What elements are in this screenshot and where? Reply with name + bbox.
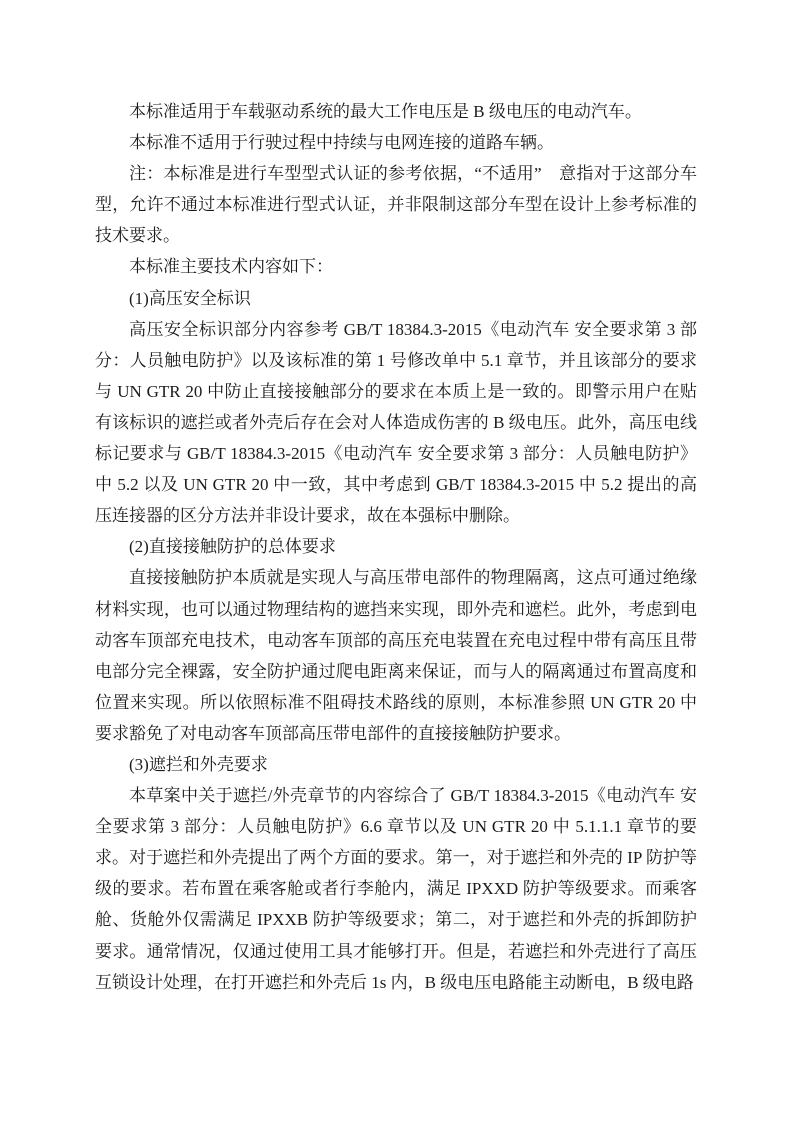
heading-high-voltage-marking: (1)高压安全标识 [95,283,697,314]
para-direct-contact-protection: 直接接触防护本质就是实现人与高压带电部件的物理隔离，这点可通过绝缘材料实现，也可… [95,562,697,749]
document-page: 本标准适用于车载驱动系统的最大工作电压是 B 级电压的电动汽车。 本标准不适用于… [0,0,793,1122]
heading-barrier-enclosure: (3)遮拦和外壳要求 [95,749,697,780]
para-high-voltage-marking: 高压安全标识部分内容参考 GB/T 18384.3-2015《电动汽车 安全要求… [95,314,697,532]
para-main-content-intro: 本标准主要技术内容如下： [95,251,697,282]
para-scope-not-applicable: 本标准不适用于行驶过程中持续与电网连接的道路车辆。 [95,127,697,158]
para-barrier-enclosure: 本草案中关于遮拦/外壳章节的内容综合了 GB/T 18384.3-2015《电动… [95,780,697,998]
para-scope-applicable: 本标准适用于车载驱动系统的最大工作电压是 B 级电压的电动汽车。 [95,96,697,127]
para-note-type-approval: 注：本标准是进行车型型式认证的参考依据，“不适用” 意指对于这部分车型，允许不通… [95,158,697,251]
heading-direct-contact-protection: (2)直接接触防护的总体要求 [95,531,697,562]
